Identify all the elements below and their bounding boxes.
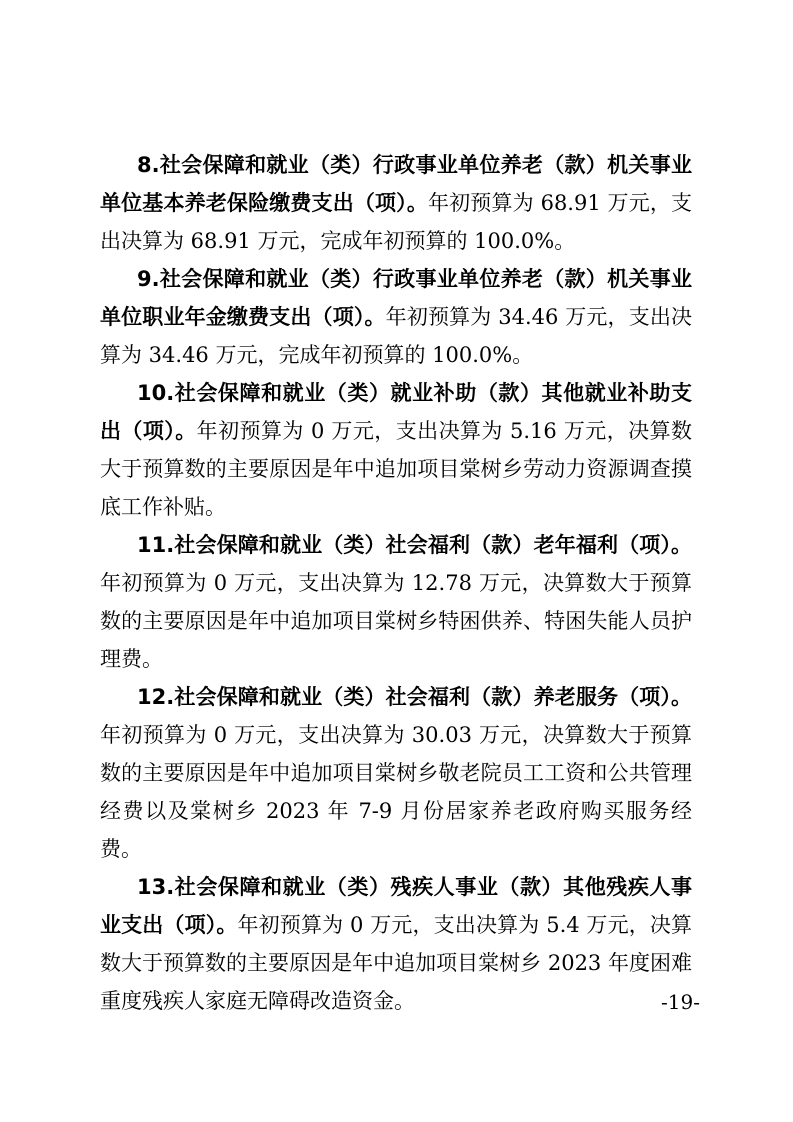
budget-item-12-body: 年初预算为 0 万元，支出决算为 30.03 万元，决算数大于预算数的主要原因是… xyxy=(100,723,692,861)
budget-item-12: 12.社会保障和就业（类）社会福利（款）养老服务（项）。年初预算为 0 万元，支… xyxy=(100,678,692,868)
budget-item-9: 9.社会保障和就业（类）行政事业单位养老（款）机关事业单位职业年金缴费支出（项）… xyxy=(100,260,692,374)
document-page: 8.社会保障和就业（类）行政事业单位养老（款）机关事业单位基本养老保险缴费支出（… xyxy=(0,0,793,1122)
budget-item-13: 13.社会保障和就业（类）残疾人事业（款）其他残疾人事业支出（项）。年初预算为 … xyxy=(100,868,692,1020)
budget-item-8: 8.社会保障和就业（类）行政事业单位养老（款）机关事业单位基本养老保险缴费支出（… xyxy=(100,146,692,260)
document-content: 8.社会保障和就业（类）行政事业单位养老（款）机关事业单位基本养老保险缴费支出（… xyxy=(100,146,692,1020)
budget-item-11-body: 年初预算为 0 万元，支出决算为 12.78 万元，决算数大于预算数的主要原因是… xyxy=(100,571,692,671)
page-number: -19- xyxy=(661,991,700,1013)
budget-item-11: 11.社会保障和就业（类）社会福利（款）老年福利（项）。年初预算为 0 万元，支… xyxy=(100,526,692,678)
budget-item-11-title: 11.社会保障和就业（类）社会福利（款）老年福利（项）。 xyxy=(137,533,692,557)
budget-item-12-title: 12.社会保障和就业（类）社会福利（款）养老服务（项）。 xyxy=(137,685,692,709)
budget-item-10: 10.社会保障和就业（类）就业补助（款）其他就业补助支出（项）。年初预算为 0 … xyxy=(100,374,692,526)
